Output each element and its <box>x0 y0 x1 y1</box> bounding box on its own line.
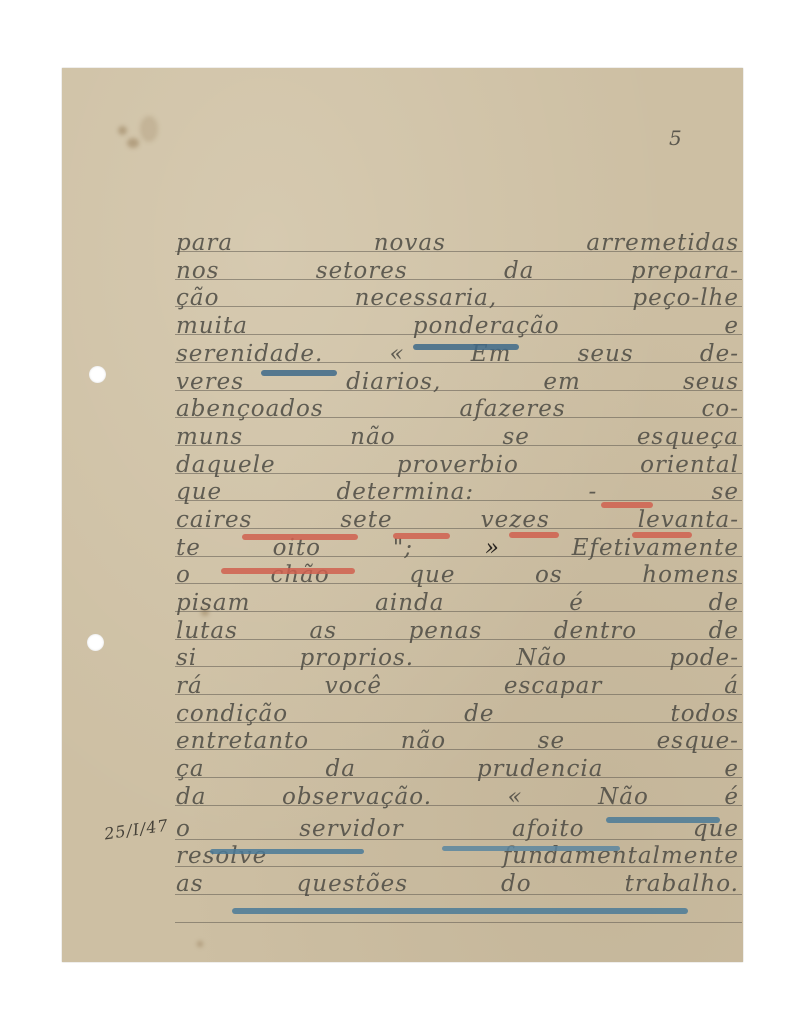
word: que <box>409 562 455 588</box>
handwritten-line: da observação. « Não é <box>176 784 739 810</box>
word: entretanto <box>176 728 309 754</box>
word: co- <box>701 396 739 422</box>
handwritten-line: nos setores da prepara- <box>176 258 739 284</box>
word: trabalho. <box>625 871 739 897</box>
word: lutas <box>176 618 238 644</box>
handwritten-line: condição de todos <box>176 701 739 727</box>
word: prepara- <box>631 258 739 284</box>
word: serenidade. <box>176 341 323 367</box>
paper-sheet: 5 25/I/47 para novas arremetidas nos set… <box>62 68 743 962</box>
stain-mark <box>140 116 158 142</box>
handwritten-line: muita ponderação e <box>176 313 739 339</box>
word: que <box>176 479 222 505</box>
word: penas <box>409 618 483 644</box>
word: Não <box>516 645 567 671</box>
word: - <box>588 479 597 505</box>
word: nos <box>176 258 219 284</box>
word: determina: <box>336 479 474 505</box>
word: se <box>502 424 529 450</box>
word: vezes <box>481 507 550 533</box>
word: « <box>390 341 405 367</box>
word: da <box>325 756 355 782</box>
word: oriental <box>640 452 739 478</box>
word: novas <box>374 230 446 256</box>
ruled-line <box>175 922 742 923</box>
stain-mark <box>118 126 127 135</box>
word: » <box>485 535 500 561</box>
red-underline <box>393 533 450 539</box>
word: peço-lhe <box>632 285 739 311</box>
blue-underline <box>232 908 688 914</box>
handwritten-line: ção necessaria, peço-lhe <box>176 285 739 311</box>
word: ainda <box>375 590 444 616</box>
word: as <box>310 618 338 644</box>
stain-mark <box>127 138 139 148</box>
red-underline <box>509 532 559 538</box>
word: os <box>535 562 563 588</box>
word: resolve <box>176 843 267 869</box>
punch-hole-top <box>89 366 106 383</box>
word: seus <box>683 369 739 395</box>
word: de- <box>700 341 739 367</box>
handwritten-line: ça da prudencia e <box>176 756 739 782</box>
word: de <box>709 618 739 644</box>
word: servidor <box>299 816 403 842</box>
word: observação. <box>282 784 432 810</box>
word: rá <box>176 673 203 699</box>
word: afoito <box>512 816 585 842</box>
red-underline <box>221 568 355 574</box>
word: « <box>508 784 523 810</box>
word: condição <box>176 701 288 727</box>
word: si <box>176 645 197 671</box>
red-underline <box>601 502 653 508</box>
word: afazeres <box>460 396 566 422</box>
word: e <box>724 756 739 782</box>
blue-underline <box>261 370 337 376</box>
word: da <box>176 784 206 810</box>
word: e <box>724 313 739 339</box>
page-number: 5 <box>669 126 682 150</box>
handwritten-line: lutas as penas dentro de <box>176 618 739 644</box>
word: da <box>504 258 534 284</box>
word: ça <box>176 756 205 782</box>
word: se <box>538 728 565 754</box>
word: proverbio <box>397 452 519 478</box>
word: esqueça <box>637 424 739 450</box>
handwritten-line: muns não se esqueça <box>176 424 739 450</box>
word: muns <box>176 424 243 450</box>
red-underline <box>632 532 692 538</box>
word: te <box>176 535 201 561</box>
word: esque- <box>657 728 739 754</box>
handwritten-line: para novas arremetidas <box>176 230 739 256</box>
word: arremetidas <box>586 230 739 256</box>
word: proprios. <box>299 645 414 671</box>
word: é <box>724 784 739 810</box>
word: veres <box>176 369 244 395</box>
handwritten-line: rá você escapar á <box>176 673 739 699</box>
word: ção <box>176 285 219 311</box>
word: em <box>543 369 580 395</box>
word: pisam <box>176 590 250 616</box>
handwritten-line: pisam ainda é de <box>176 590 739 616</box>
word: escapar <box>504 673 602 699</box>
word: sete <box>340 507 392 533</box>
handwritten-line: caires sete vezes levanta- <box>176 507 739 533</box>
word: dentro <box>554 618 637 644</box>
word: ponderação <box>413 313 560 339</box>
word: se <box>712 479 739 505</box>
word: todos <box>671 701 739 727</box>
word: diarios, <box>346 369 441 395</box>
word: o <box>176 816 191 842</box>
word: necessaria, <box>355 285 498 311</box>
word: as <box>176 871 204 897</box>
word: Efetivamente <box>572 535 739 561</box>
word: não <box>401 728 446 754</box>
word: você <box>325 673 382 699</box>
word: de <box>709 590 739 616</box>
blue-underline <box>606 817 720 823</box>
handwritten-line: as questões do trabalho. <box>176 871 739 897</box>
word: daquele <box>176 452 276 478</box>
margin-date: 25/I/47 <box>103 816 170 844</box>
word: homens <box>642 562 739 588</box>
word: questões <box>297 871 408 897</box>
word: do <box>501 871 532 897</box>
stain-mark <box>197 941 203 947</box>
word: é <box>569 590 584 616</box>
handwritten-line: entretanto não se esque- <box>176 728 739 754</box>
punch-hole-bottom <box>87 634 104 651</box>
word: levanta- <box>638 507 739 533</box>
blue-underline <box>413 344 519 350</box>
word: muita <box>176 313 248 339</box>
handwritten-line: que determina: - se <box>176 479 739 505</box>
word: á <box>724 673 739 699</box>
word: prudencia <box>477 756 604 782</box>
handwritten-line: o chão que os homens <box>176 562 739 588</box>
word: não <box>350 424 395 450</box>
word: chão <box>270 562 329 588</box>
blue-underline <box>442 846 620 851</box>
blue-underline <box>210 849 364 854</box>
handwritten-line: abençoados afazeres co- <box>176 396 739 422</box>
word: setores <box>316 258 408 284</box>
word: abençoados <box>176 396 324 422</box>
handwritten-line: daquele proverbio oriental <box>176 452 739 478</box>
handwritten-line: si proprios. Não pode- <box>176 645 739 671</box>
word: de <box>464 701 494 727</box>
word: Não <box>598 784 649 810</box>
word: pode- <box>669 645 739 671</box>
word: seus <box>578 341 634 367</box>
word: o <box>176 562 191 588</box>
word: caires <box>176 507 252 533</box>
word: para <box>176 230 233 256</box>
red-underline <box>242 534 358 540</box>
